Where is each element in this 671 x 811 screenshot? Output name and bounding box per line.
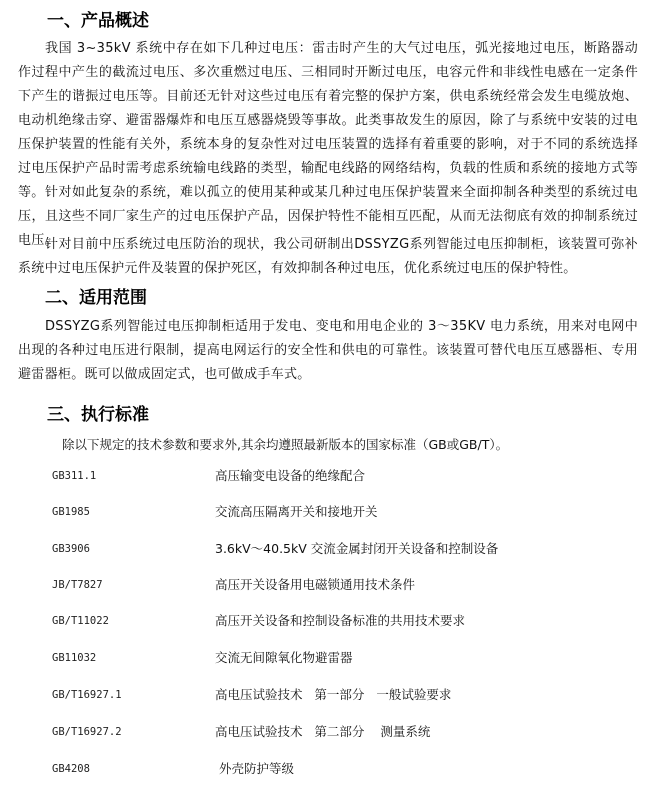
standard-row: GB11032 交流无间隙氧化物避雷器: [0, 649, 671, 669]
paragraph-overview-1: 我国 3~35kV 系统中存在如下几种过电压：雷击时产生的大气过电压，弧光接地过…: [18, 37, 638, 205]
standard-row: GB4208 外壳防护等级: [0, 760, 671, 780]
standard-row: GB1985 交流高压隔离开关和接地开关: [0, 503, 671, 523]
standard-code: GB/T16927.2: [52, 723, 122, 741]
standard-description: 高电压试验技术 第一部分 一般试验要求: [215, 686, 451, 704]
standard-code: GB4208: [52, 760, 90, 778]
standard-code: GB311.1: [52, 467, 96, 485]
section-heading-standards: 三、执行标准: [47, 405, 149, 425]
standard-row: GB3906 3.6kV～40.5kV 交流金属封闭开关设备和控制设备: [0, 540, 671, 560]
standard-description: 3.6kV～40.5kV 交流金属封闭开关设备和控制设备: [215, 540, 498, 558]
standard-description: 高电压试验技术 第二部分 测量系统: [215, 723, 430, 741]
standard-description: 交流无间隙氧化物避雷器: [215, 649, 353, 667]
standard-code: GB/T11022: [52, 612, 109, 630]
standard-description: 外壳防护等级: [215, 760, 294, 778]
paragraph-scope: DSSYZG系列智能过电压抑制柜适用于发电、变电和用电企业的 3～35KV 电力…: [18, 315, 638, 387]
standard-row: GB311.1 高压输变电设备的绝缘配合: [0, 467, 671, 487]
standard-row: JB/T7827 高压开关设备用电磁锁通用技术条件: [0, 576, 671, 596]
paragraph-overview-3: 针对目前中压系统过电压防治的现状，我公司研制出DSSYZG系列智能过电压抑制柜，…: [18, 233, 638, 281]
standards-intro: 除以下规定的技术参数和要求外,其余均遵照最新版本的国家标准（GB或GB/T）。: [62, 436, 508, 454]
section-heading-scope: 二、适用范围: [45, 288, 147, 308]
standard-description: 高压开关设备用电磁锁通用技术条件: [215, 576, 415, 594]
standard-code: GB1985: [52, 503, 90, 521]
standard-row: GB/T16927.1 高电压试验技术 第一部分 一般试验要求: [0, 686, 671, 706]
section-heading-product-overview: 一、产品概述: [47, 11, 149, 31]
standard-code: JB/T7827: [52, 576, 103, 594]
standard-row: GB/T11022 高压开关设备和控制设备标准的共用技术要求: [0, 612, 671, 632]
standard-code: GB3906: [52, 540, 90, 558]
standard-description: 高压输变电设备的绝缘配合: [215, 467, 365, 485]
standard-code: GB/T16927.1: [52, 686, 122, 704]
standard-row: GB/T16927.2 高电压试验技术 第二部分 测量系统: [0, 723, 671, 743]
standard-description: 高压开关设备和控制设备标准的共用技术要求: [215, 612, 465, 630]
standard-code: GB11032: [52, 649, 96, 667]
standard-description: 交流高压隔离开关和接地开关: [215, 503, 378, 521]
